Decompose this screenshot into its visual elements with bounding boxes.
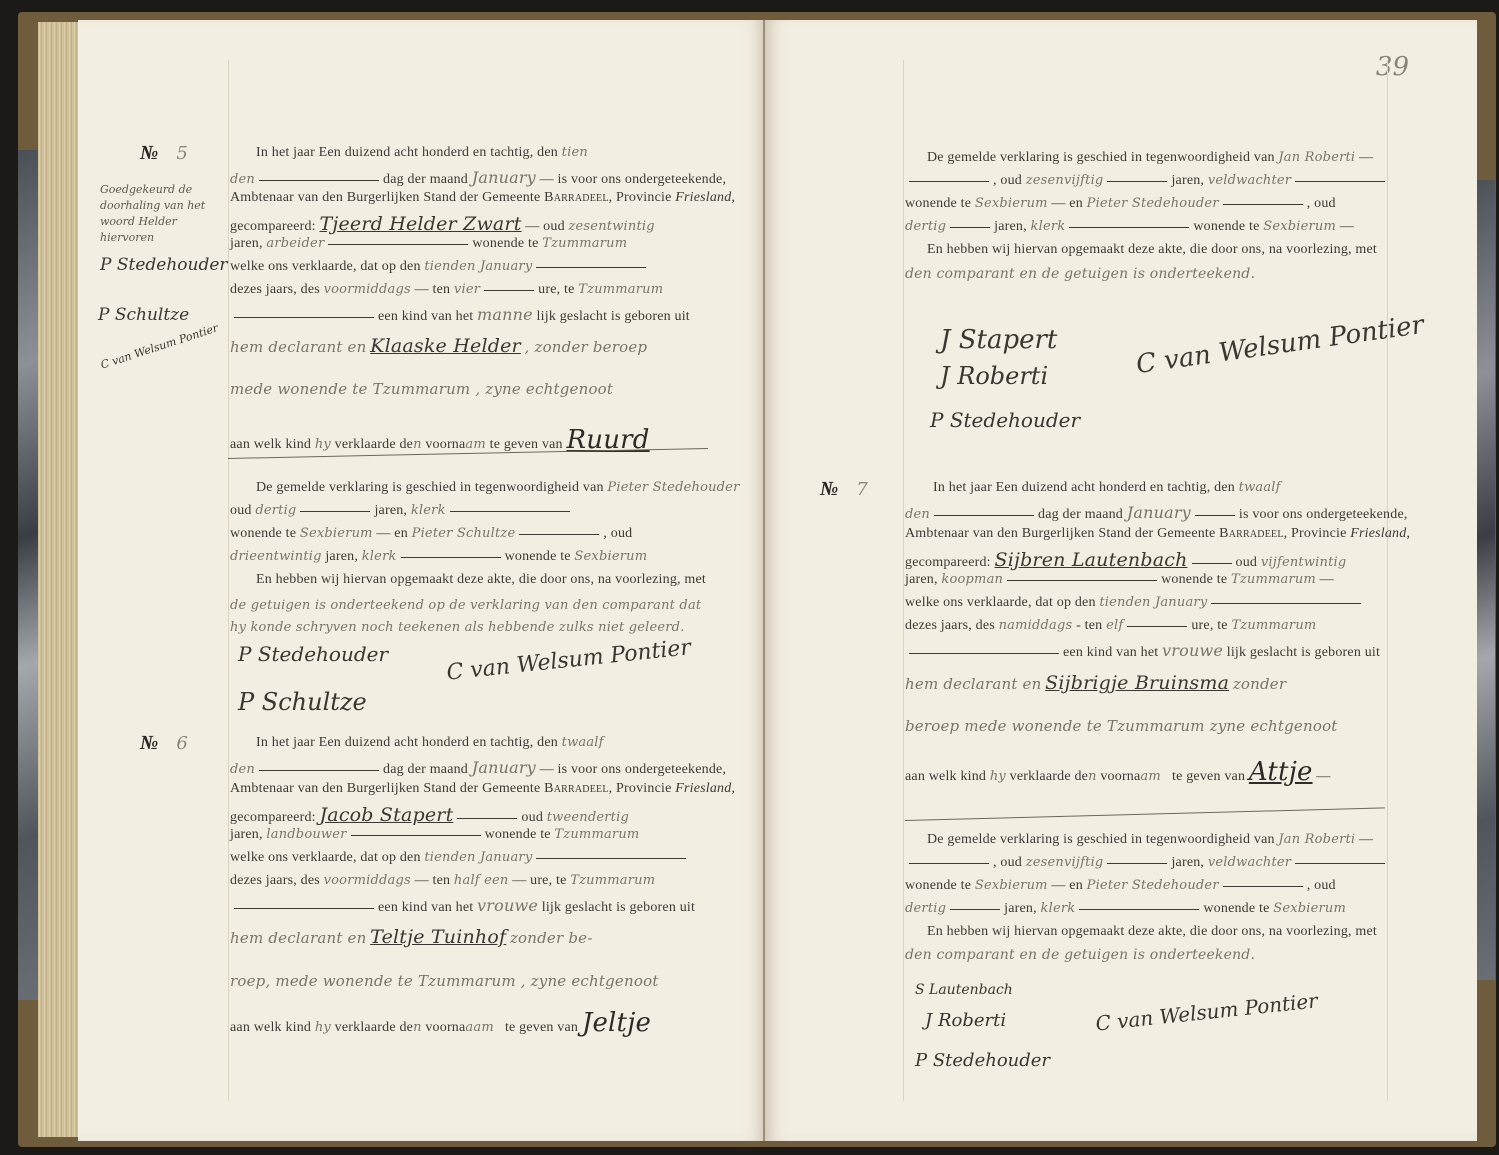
entry-line: Ambtenaar van den Burgerlijken Stand der… (230, 190, 735, 206)
entry-line: dendag der maand January — is voor ons o… (230, 168, 726, 188)
entry-line: dezes jaars, des voormiddags — ten vieru… (230, 282, 663, 298)
entry-line: dertigjaren, klerkwonende te Sexbierum — (905, 219, 1354, 235)
signature: P Schultze (238, 688, 367, 716)
entry-line: dendag der maand Januaryis voor ons onde… (905, 503, 1408, 523)
entry-line: jaren, arbeiderwonende te Tzummarum (230, 236, 627, 252)
right-page: 39 De gemelde verklaring is geschied in … (765, 20, 1477, 1141)
entry-line: In het jaar Een duizend acht honderd en … (256, 735, 604, 751)
folio-number: 39 (1376, 52, 1409, 82)
signature: P Stedehouder (915, 1050, 1050, 1071)
entry-number-5: №5 (140, 142, 188, 165)
entry-line: Ambtenaar van den Burgerlijken Stand der… (230, 781, 735, 797)
entry-line: dezes jaars, des namiddags - ten elfure,… (905, 618, 1316, 634)
entry-line: welke ons verklaarde, dat op den tienden… (230, 850, 690, 866)
entry-line: dezes jaars, des voormiddags — ten half … (230, 873, 655, 889)
signature: P Stedehouder (238, 642, 388, 666)
entry-line: een kind van het vrouwe lijk geslacht is… (905, 641, 1380, 661)
entry-line: jaren, koopmanwonende te Tzummarum — (905, 572, 1334, 588)
entry-line: Ambtenaar van den Burgerlijken Stand der… (905, 526, 1410, 542)
entry-line: oud dertigjaren, klerk (230, 503, 574, 519)
signature: J Roberti (940, 362, 1048, 390)
margin-rule (1387, 60, 1388, 1101)
entry-line: gecompareerd: Jacob Stapertoud tweendert… (230, 804, 629, 826)
divider (905, 807, 1385, 821)
closing-handwritten: den comparant en de getuigen is ondertee… (905, 947, 1255, 963)
entry-line: hem declarant en Teltje Tuinhof zonder b… (230, 926, 593, 948)
signature: J Stapert (940, 325, 1057, 355)
entry-line: roep, mede wonende te Tzummarum , zyne e… (230, 972, 659, 991)
entry-line: een kind van het vrouwe lijk geslacht is… (230, 896, 695, 916)
margin-signature: P Schultze (98, 305, 189, 325)
registrar-signature: C van Welsum Pontier (445, 635, 692, 686)
entry-number-6: №6 (140, 732, 188, 755)
entry-line: mede wonende te Tzummarum , zyne echtgen… (230, 380, 613, 399)
entry-line: gecompareerd: Tjeerd Helder Zwart — oud … (230, 213, 655, 235)
entry-line: En hebben wij hiervan opgemaakt deze akt… (927, 924, 1377, 940)
entry-line: welke ons verklaarde, dat op den tienden… (905, 595, 1365, 611)
registrar-signature: C van Welsum Pontier (1134, 310, 1425, 380)
closing-handwritten: de getuigen is onderteekend op de verkla… (230, 595, 710, 639)
entry-line: wonende te Sexbierum — en Pieter Stedeho… (905, 878, 1336, 894)
entry-line: dendag der maand January — is voor ons o… (230, 758, 726, 778)
page-edges-left (38, 22, 78, 1137)
left-page: №5 Goedgekeurd de doorhaling van het woo… (78, 20, 765, 1141)
entry-line: wonende te Sexbierum — en Pieter Schultz… (230, 526, 632, 542)
entry-line: De gemelde verklaring is geschied in teg… (927, 150, 1373, 166)
signature: P Stedehouder (930, 408, 1080, 432)
entry-line: De gemelde verklaring is geschied in teg… (927, 832, 1373, 848)
margin-rule (903, 60, 904, 1101)
entry-line: In het jaar Een duizend acht honderd en … (933, 480, 1281, 496)
signature: J Roberti (925, 1010, 1006, 1031)
entry-line: een kind van het manne lijk geslacht is … (230, 305, 690, 325)
entry-line: hem declarant en Sijbrigje Bruinsma zond… (905, 672, 1286, 694)
entry-line: gecompareerd: Sijbren Lautenbachoud vijf… (905, 549, 1346, 571)
closing-handwritten: den comparant en de getuigen is ondertee… (905, 266, 1255, 282)
signature: S Lautenbach (915, 982, 1013, 998)
margin-annotation: Goedgekeurd de doorhaling van het woord … (100, 182, 220, 246)
margin-signature: P Stedehouder (100, 255, 228, 275)
entry-line: welke ons verklaarde, dat op den tienden… (230, 259, 650, 275)
entry-line: beroep mede wonende te Tzummarum zyne ec… (905, 717, 1338, 736)
entry-line: hem declarant en Klaaske Helder , zonder… (230, 335, 647, 357)
margin-rule (228, 60, 229, 1101)
entry-line: wonende te Sexbierum — en Pieter Stedeho… (905, 196, 1336, 212)
entry-line: De gemelde verklaring is geschied in teg… (256, 480, 740, 496)
entry-line: En hebben wij hiervan opgemaakt deze akt… (927, 242, 1377, 258)
entry-line: jaren, landbouwerwonende te Tzummarum (230, 827, 639, 843)
entry-line: aan welk kind hy verklaarde den voornaam… (905, 757, 1330, 787)
entry-line: aan welk kind hy verklaarde den voornaaa… (230, 1008, 651, 1038)
entry-line: drieentwintig jaren, klerkwonende te Sex… (230, 549, 647, 565)
entry-line: In het jaar Een duizend acht honderd en … (256, 145, 588, 161)
entry-line: , oud zesenvijftigjaren, veldwachter (905, 173, 1389, 189)
entry-line: , oud zesenvijftigjaren, veldwachter (905, 855, 1389, 871)
entry-number-7: №7 (820, 478, 868, 501)
entry-line: dertigjaren, klerkwonende te Sexbierum (905, 901, 1346, 917)
registrar-signature: C van Welsum Pontier (1094, 988, 1318, 1035)
entry-line: En hebben wij hiervan opgemaakt deze akt… (256, 572, 706, 588)
margin-signature: C van Welsum Pontier (99, 321, 220, 371)
